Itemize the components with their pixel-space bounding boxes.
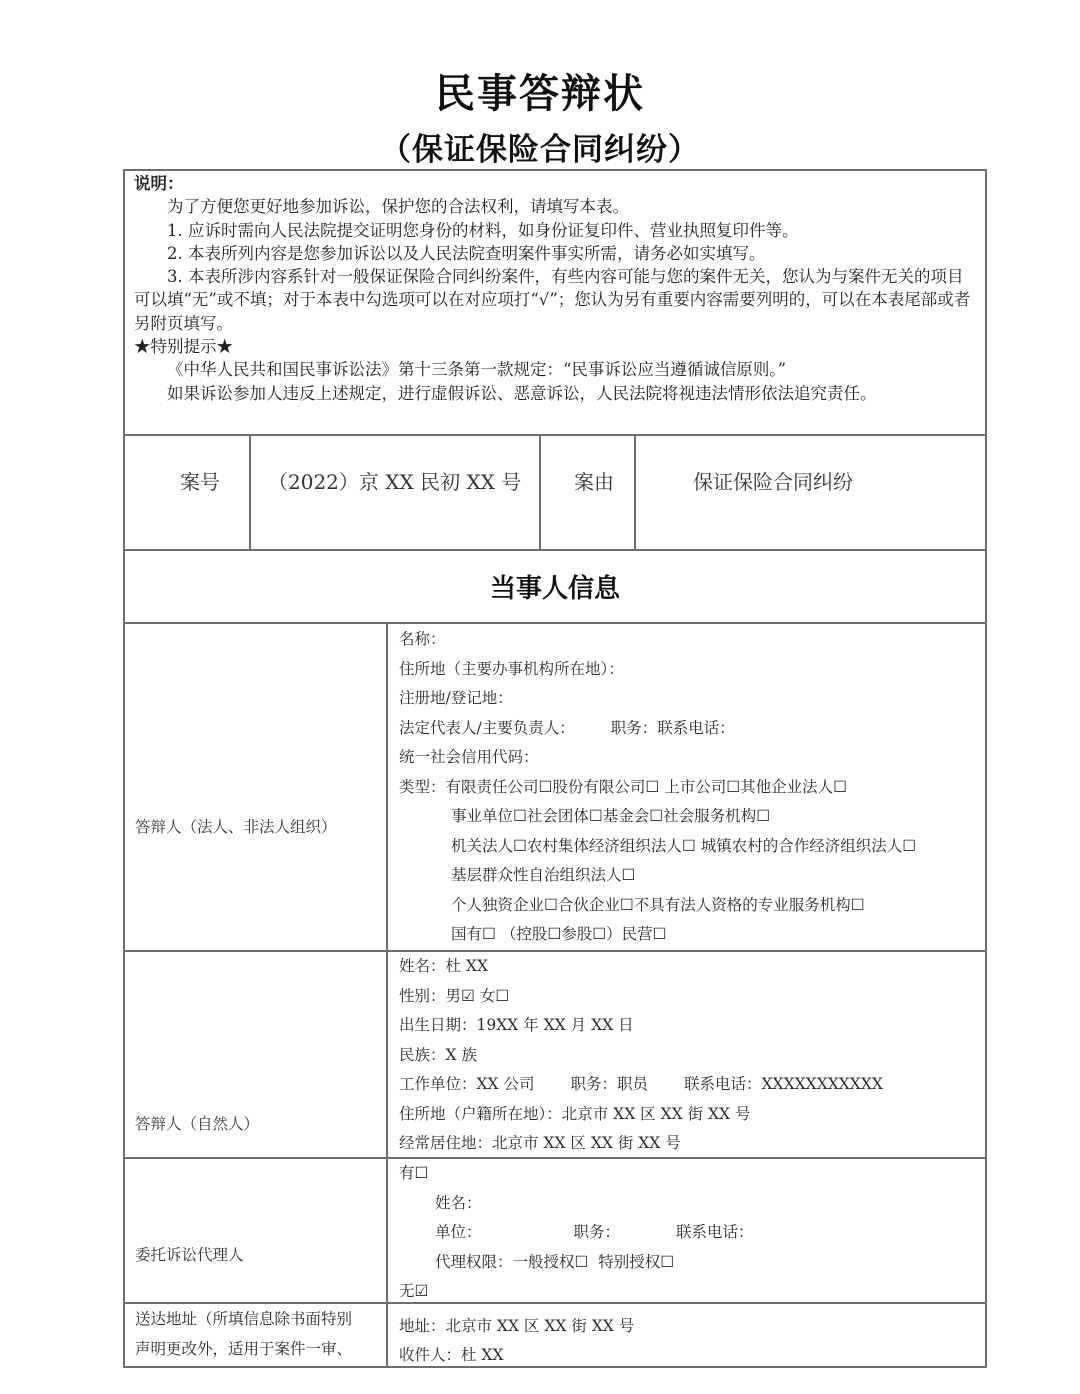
gender-female-checkbox[interactable]: 女☐ xyxy=(480,987,509,1005)
org-registered-field[interactable]: 注册地/登记地： xyxy=(399,684,916,714)
divider xyxy=(386,622,388,1368)
service-address-field[interactable]: 地址：北京市 XX 区 XX 街 XX 号 xyxy=(399,1312,634,1342)
org-credit-code-field[interactable]: 统一社会信用代码： xyxy=(399,743,916,773)
divider xyxy=(123,549,987,551)
gender-label: 性别： xyxy=(399,987,446,1005)
agent-special-checkbox[interactable]: 特别授权☐ xyxy=(598,1253,674,1271)
respondent-person-fields: 姓名：杜 XX 性别：男☑ 女☐ 出生日期：19XX 年 XX 月 XX 日 民… xyxy=(399,952,883,1159)
org-type-checkboxes[interactable]: 有限责任公司☐股份有限公司☐ 上市公司☐其他企业法人☐ xyxy=(446,778,848,796)
respondent-org-fields: 名称： 住所地（主要办事机构所在地）： 注册地/登记地： 法定代表人/主要负责人… xyxy=(399,625,916,950)
case-cause-label: 案由 xyxy=(574,466,614,495)
instructions-item: 1. 应诉时需向人民法院提交证明您身份的材料，如身份证复印件、营业执照复印件等。 xyxy=(134,219,979,242)
org-legal-rep-row: 法定代表人/主要负责人：职务：联系电话： xyxy=(399,714,916,744)
agent-has-checkbox[interactable]: 有☐ xyxy=(399,1159,754,1189)
party-info-title: 当事人信息 xyxy=(123,568,987,605)
agent-phone-field[interactable]: 联系电话： xyxy=(676,1223,754,1241)
person-employer-field[interactable]: 工作单位：XX 公司 xyxy=(399,1075,535,1093)
divider xyxy=(123,622,987,624)
divider xyxy=(539,434,541,550)
org-ownership-checkboxes[interactable]: 国有☐ （控股☐参股☐）民营☐ xyxy=(399,920,916,950)
org-name-field[interactable]: 名称： xyxy=(399,625,916,655)
divider xyxy=(634,434,636,550)
respondent-person-label: 答辩人（自然人） xyxy=(135,1112,259,1134)
service-recipient-field[interactable]: 收件人：杜 XX xyxy=(399,1342,634,1368)
agent-none-checkbox[interactable]: 无☑ xyxy=(399,1277,754,1307)
agent-authority-row: 代理权限：一般授权☐ 特别授权☐ xyxy=(399,1248,754,1278)
document-title: 民事答辩状 xyxy=(0,62,1080,119)
org-type-checkboxes[interactable]: 事业单位☐社会团体☐基金会☐社会服务机构☐ xyxy=(399,802,916,832)
org-position-phone-field[interactable]: 职务：联系电话： xyxy=(611,719,735,737)
person-gender-row: 性别：男☑ 女☐ xyxy=(399,982,883,1012)
person-work-row: 工作单位：XX 公司职务：职员联系电话：XXXXXXXXXXX xyxy=(399,1070,883,1100)
org-domicile-field[interactable]: 住所地（主要办事机构所在地）： xyxy=(399,655,916,685)
case-cause-value[interactable]: 保证保险合同纠纷 xyxy=(693,466,853,495)
person-domicile-field[interactable]: 住所地（户籍所在地）：北京市 XX 区 XX 街 XX 号 xyxy=(399,1100,883,1130)
person-position-field[interactable]: 职务：职员 xyxy=(571,1075,649,1093)
org-type-checkboxes[interactable]: 机关法人☐农村集体经济组织法人☐ 城镇农村的合作经济组织法人☐ xyxy=(399,832,916,862)
service-address-label-line: 声明更改外，适用于案件一审、 xyxy=(135,1335,352,1365)
org-type-checkboxes[interactable]: 个人独资企业☐合伙企业☐不具有法人资格的专业服务机构☐ xyxy=(399,891,916,921)
document-subtitle: （保证保险合同纠纷） xyxy=(0,124,1080,169)
agent-unit-row: 单位：职务：联系电话： xyxy=(399,1218,754,1248)
case-number-value[interactable]: （2022）京 XX 民初 XX 号 xyxy=(268,466,521,495)
gender-male-checkbox[interactable]: 男☑ xyxy=(446,987,475,1005)
person-residence-field[interactable]: 经常居住地：北京市 XX 区 XX 街 XX 号 xyxy=(399,1129,883,1159)
org-type-row: 类型：有限责任公司☐股份有限公司☐ 上市公司☐其他企业法人☐ xyxy=(399,773,916,803)
special-notice-item: 如果诉讼参加人违反上述规定，进行虚假诉讼、恶意诉讼，人民法院将视违法情形依法追究… xyxy=(134,382,979,405)
service-address-label-line: 送达地址（所填信息除书面特别 xyxy=(135,1305,352,1335)
agent-name-field[interactable]: 姓名： xyxy=(399,1189,754,1219)
instructions-block: 说明： 为了方便您更好地参加诉讼，保护您的合法权利，请填写本表。 1. 应诉时需… xyxy=(134,172,979,405)
service-address-label: 送达地址（所填信息除书面特别 声明更改外，适用于案件一审、 xyxy=(135,1305,352,1364)
case-number-label: 案号 xyxy=(180,466,220,495)
service-address-fields: 地址：北京市 XX 区 XX 街 XX 号 收件人：杜 XX xyxy=(399,1312,634,1368)
instructions-item: 3. 本表所涉内容系针对一般保证保险合同纠纷案件，有些内容可能与您的案件无关，您… xyxy=(134,265,979,335)
agent-unit-field[interactable]: 单位： xyxy=(435,1223,482,1241)
special-notice-heading: ★特别提示★ xyxy=(134,335,979,358)
person-ethnicity-field[interactable]: 民族：X 族 xyxy=(399,1041,883,1071)
instructions-item: 2. 本表所列内容是您参加诉讼以及人民法院查明案件事实所需，请务必如实填写。 xyxy=(134,242,979,265)
agent-general-checkbox[interactable]: 一般授权☐ xyxy=(513,1253,589,1271)
agent-label: 委托诉讼代理人 xyxy=(135,1243,244,1265)
agent-fields: 有☐ 姓名： 单位：职务：联系电话： 代理权限：一般授权☐ 特别授权☐ 无☑ xyxy=(399,1159,754,1307)
divider xyxy=(249,434,251,550)
respondent-org-label: 答辩人（法人、非法人组织） xyxy=(135,815,337,837)
person-birth-field[interactable]: 出生日期：19XX 年 XX 月 XX 日 xyxy=(399,1011,883,1041)
org-type-label: 类型： xyxy=(399,778,446,796)
org-type-checkboxes[interactable]: 基层群众性自治组织法人☐ xyxy=(399,861,916,891)
special-notice-item: 《中华人民共和国民事诉讼法》第十三条第一款规定：“民事诉讼应当遵循诚信原则。” xyxy=(134,358,979,381)
agent-authority-label: 代理权限： xyxy=(435,1253,513,1271)
person-phone-field[interactable]: 联系电话：XXXXXXXXXXX xyxy=(684,1075,883,1093)
agent-position-field[interactable]: 职务： xyxy=(574,1223,621,1241)
divider xyxy=(123,434,987,436)
person-name-field[interactable]: 姓名：杜 XX xyxy=(399,952,883,982)
instructions-intro: 为了方便您更好地参加诉讼，保护您的合法权利，请填写本表。 xyxy=(134,195,979,218)
instructions-heading: 说明： xyxy=(134,172,979,195)
org-legal-rep-field[interactable]: 法定代表人/主要负责人： xyxy=(399,719,575,737)
